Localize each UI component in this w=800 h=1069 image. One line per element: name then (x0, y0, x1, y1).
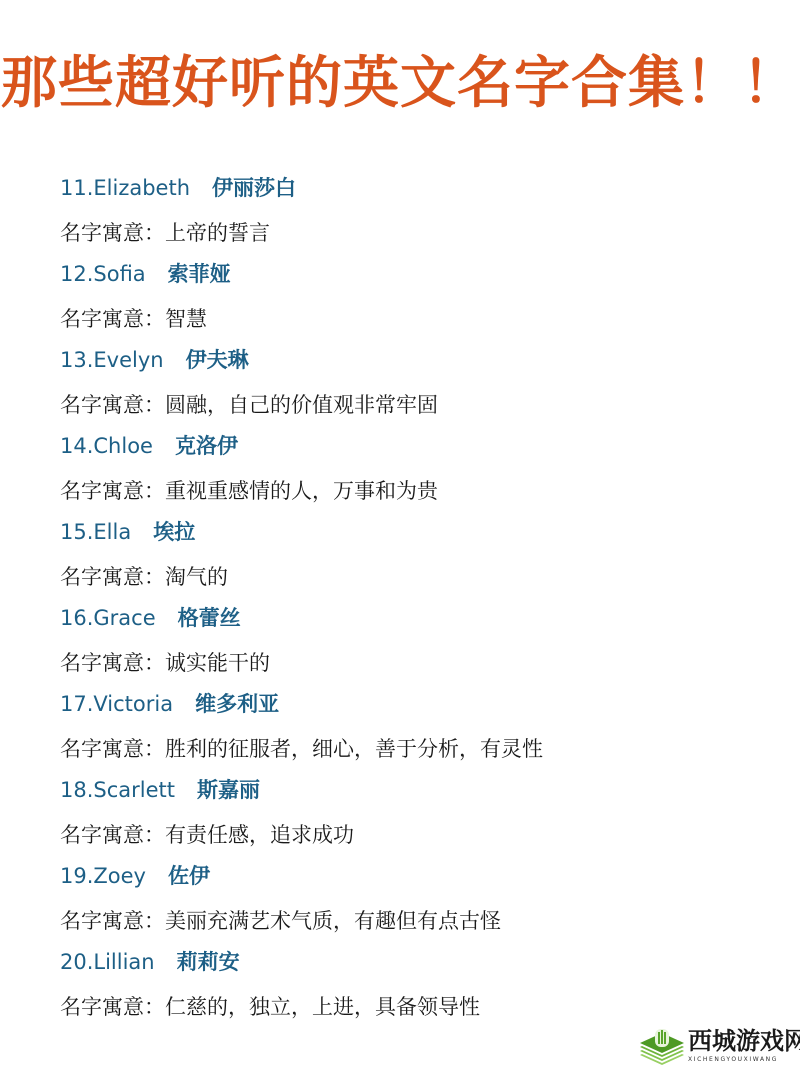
english-name: 19.Zoey (60, 858, 146, 894)
entry-meaning: 名字寓意：有责任感，追求成功 (60, 815, 760, 858)
chinese-name: 维多利亚 (195, 686, 279, 722)
list-item: 18.Scarlett斯嘉丽 名字寓意：有责任感，追求成功 (60, 772, 760, 858)
entry-meaning: 名字寓意：圆融，自己的价值观非常牢固 (60, 385, 760, 428)
list-item: 17.Victoria维多利亚 名字寓意：胜利的征服者，细心，善于分析，有灵性 (60, 686, 760, 772)
english-name: 11.Elizabeth (60, 170, 190, 206)
entry-meaning: 名字寓意：淘气的 (60, 557, 760, 600)
list-item: 12.Sofia索菲娅 名字寓意：智慧 (60, 256, 760, 342)
name-list: 11.Elizabeth伊丽莎白 名字寓意：上帝的誓言 12.Sofia索菲娅 … (60, 170, 760, 1030)
entry-meaning: 名字寓意：美丽充满艺术气质，有趣但有点古怪 (60, 901, 760, 944)
entry-name: 13.Evelyn伊夫琳 (60, 342, 760, 385)
chinese-name: 索菲娅 (168, 256, 231, 292)
entry-name: 20.Lillian莉莉安 (60, 944, 760, 987)
entry-name: 15.Ella埃拉 (60, 514, 760, 557)
list-item: 20.Lillian莉莉安 名字寓意：仁慈的，独立，上进，具备领导性 (60, 944, 760, 1030)
english-name: 20.Lillian (60, 944, 155, 980)
watermark-subtitle: XICHENGYOUXIWANG (688, 1056, 778, 1063)
entry-meaning: 名字寓意：上帝的誓言 (60, 213, 760, 256)
chinese-name: 克洛伊 (175, 428, 238, 464)
entry-name: 19.Zoey佐伊 (60, 858, 760, 901)
chinese-name: 伊丽莎白 (212, 170, 296, 206)
chinese-name: 伊夫琳 (186, 342, 249, 378)
entry-name: 16.Grace格蕾丝 (60, 600, 760, 643)
list-item: 16.Grace格蕾丝 名字寓意：诚实能干的 (60, 600, 760, 686)
entry-name: 18.Scarlett斯嘉丽 (60, 772, 760, 815)
watermark: 西城游戏网 XICHENGYOUXIWANG (636, 1020, 800, 1069)
list-item: 19.Zoey佐伊 名字寓意：美丽充满艺术气质，有趣但有点古怪 (60, 858, 760, 944)
entry-meaning: 名字寓意：重视重感情的人，万事和为贵 (60, 471, 760, 514)
entry-name: 14.Chloe克洛伊 (60, 428, 760, 471)
english-name: 17.Victoria (60, 686, 173, 722)
list-item: 14.Chloe克洛伊 名字寓意：重视重感情的人，万事和为贵 (60, 428, 760, 514)
english-name: 18.Scarlett (60, 772, 175, 808)
english-name: 13.Evelyn (60, 342, 164, 378)
english-name: 12.Sofia (60, 256, 146, 292)
chinese-name: 斯嘉丽 (197, 772, 260, 808)
watermark-name: 西城游戏网 (688, 1028, 800, 1054)
chinese-name: 格蕾丝 (178, 600, 241, 636)
list-item: 11.Elizabeth伊丽莎白 名字寓意：上帝的誓言 (60, 170, 760, 256)
chinese-name: 埃拉 (153, 514, 195, 550)
layered-green-logo-icon (638, 1023, 686, 1065)
page-title: 那些超好听的英文名字合集！！ (0, 52, 800, 116)
entry-meaning: 名字寓意：胜利的征服者，细心，善于分析，有灵性 (60, 729, 760, 772)
entry-meaning: 名字寓意：诚实能干的 (60, 643, 760, 686)
english-name: 15.Ella (60, 514, 131, 550)
entry-meaning: 名字寓意：智慧 (60, 299, 760, 342)
list-item: 15.Ella埃拉 名字寓意：淘气的 (60, 514, 760, 600)
english-name: 16.Grace (60, 600, 156, 636)
entry-name: 11.Elizabeth伊丽莎白 (60, 170, 760, 213)
chinese-name: 佐伊 (168, 858, 210, 894)
entry-name: 12.Sofia索菲娅 (60, 256, 760, 299)
list-item: 13.Evelyn伊夫琳 名字寓意：圆融，自己的价值观非常牢固 (60, 342, 760, 428)
entry-name: 17.Victoria维多利亚 (60, 686, 760, 729)
chinese-name: 莉莉安 (177, 944, 240, 980)
english-name: 14.Chloe (60, 428, 153, 464)
